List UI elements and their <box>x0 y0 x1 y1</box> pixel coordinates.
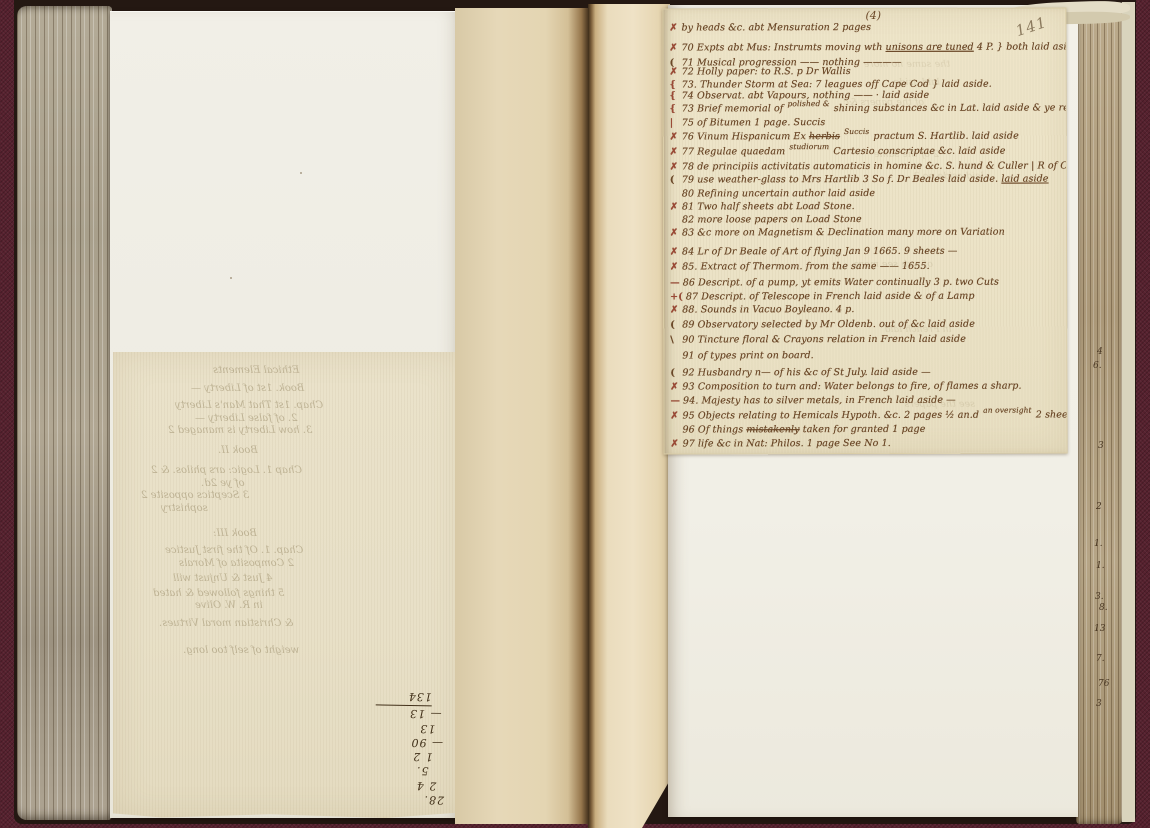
gutter-guard-left <box>455 8 588 824</box>
rotated-sum-column: 28.2 45.1 2— 9013— 13134 <box>374 685 446 806</box>
manuscript-line: ✗95 Objects relating to Hemicals Hypoth.… <box>670 409 1067 421</box>
show-through-line: & Christian moral Virtues. <box>159 618 293 629</box>
manuscript-line: |75 of Bitumen 1 page. Succis <box>670 117 826 128</box>
manuscript-line: {73. Thunder Storm at Sea: 7 leagues off… <box>670 79 992 91</box>
manuscript-line: ✗83 &c more on Magnetism & Declination m… <box>670 227 1005 239</box>
show-through-line: the same no more <box>864 59 951 70</box>
manuscript-line: ✗by heads &c. abt Mensuration 2 pages <box>669 22 871 34</box>
show-through-line: of wch see more <box>854 259 933 270</box>
manuscript-line: ✗84 Lr of Dr Beale of Art of flying Jan … <box>670 246 957 258</box>
manuscript-line: ✗97 life &c in Nat: Philos. 1 page See N… <box>671 438 891 450</box>
folio-number: 141 <box>1013 13 1049 40</box>
margin-mark: ✗ <box>670 131 679 142</box>
manuscript-line: 82 more loose papers on Load Stone <box>670 214 862 226</box>
manuscript-line: ✗76 Vinum Hispanicum Ex herbis Succis pr… <box>670 131 1019 143</box>
page-number-header: (4) <box>865 9 881 22</box>
fore-edge-number: 2 <box>1096 502 1102 512</box>
fore-edge-number: 4 <box>1097 347 1103 357</box>
show-through-line: 5 things followed & hated <box>153 588 284 599</box>
fore-edge-number: 3 <box>1096 699 1102 709</box>
show-through-line: 2. of false Liberty — <box>195 413 298 424</box>
manuscript-line: +(87 Descript. of Telescope in French la… <box>670 291 974 303</box>
manuscript-index-leaf: (4) 141 ✗by heads &c. abt Mensuration 2 … <box>662 7 1067 454</box>
show-through-line: in French laid <box>884 324 951 335</box>
manuscript-line: (92 Husbandry n— of his &c of St July. l… <box>670 367 930 379</box>
show-through-line: of ye 2d. <box>201 478 245 489</box>
manuscript-line: \90 Tincture floral & Crayons relation i… <box>670 334 966 346</box>
paper-speck <box>230 277 232 279</box>
show-through-line: Book. 1st of Liberty — <box>191 383 304 394</box>
left-inserted-leaf: Ethical ElementsBook. 1st of Liberty —Ch… <box>113 352 462 818</box>
margin-mark: ✗ <box>671 438 680 449</box>
show-through-line: weight of self too long. <box>183 645 299 656</box>
sum-column-number: 13 <box>375 720 435 735</box>
show-through-line: 2 Composita of Morals <box>179 558 294 569</box>
show-through-line: laid aside no 2 <box>914 171 984 182</box>
show-through-line: of the papers &c <box>844 97 925 108</box>
manuscript-line: ✗70 Expts abt Mus: Instrumts moving wth … <box>670 41 1068 53</box>
show-through-line: laid aside <box>894 77 940 88</box>
sum-column-number: 1 2 <box>375 748 433 763</box>
show-through-line: sophistry <box>161 503 208 514</box>
margin-mark: ✗ <box>670 146 679 157</box>
margin-mark: ✗ <box>670 161 679 172</box>
margin-mark: ✗ <box>670 410 679 421</box>
margin-mark: \ <box>670 334 679 345</box>
manuscript-line: ✗88. Sounds in Vacuo Boyleano. 4 p. <box>670 304 854 315</box>
sum-column-number: 28. <box>374 791 444 807</box>
fore-edge-number: 3. <box>1095 592 1104 602</box>
show-through-line: Book II. <box>218 445 258 456</box>
fore-edge-number: 8. <box>1099 603 1108 613</box>
margin-mark: ✗ <box>670 66 679 77</box>
margin-mark: — <box>670 395 680 406</box>
margin-mark: { <box>670 90 679 101</box>
sum-column-number: — 90 <box>375 734 443 749</box>
margin-mark: | <box>670 117 679 128</box>
manuscript-book-photo: Ethical ElementsBook. 1st of Liberty —Ch… <box>0 0 1150 828</box>
margin-mark: ✗ <box>670 304 679 315</box>
show-through-line: Book III: <box>213 528 257 539</box>
margin-mark: ( <box>670 319 679 330</box>
sum-column-number: 134 <box>376 688 432 706</box>
fore-edge-number: 13 <box>1094 624 1105 634</box>
margin-mark: ( <box>670 174 679 185</box>
margin-mark: ✗ <box>670 246 679 257</box>
margin-mark: ✗ <box>670 261 679 272</box>
show-through-line: 3 Sceptics opposite 2 <box>141 490 249 501</box>
sum-column-number: 5. <box>374 762 428 777</box>
show-through-line: Chap. 1st That Man's Liberty <box>175 400 323 411</box>
fore-edge-number: 76 <box>1098 679 1109 689</box>
fore-edge-number: 1. <box>1096 561 1105 571</box>
show-through-line: 3. how Liberty is managed 2 <box>168 425 312 436</box>
leaf-show-through-block: the same no morelaid asideof the papers … <box>663 8 1065 9</box>
right-flyleaf-edge <box>1122 2 1135 822</box>
sum-column-number: 2 4 <box>374 777 436 792</box>
show-through-line: Chap. 1. Of the first Justice <box>165 545 303 556</box>
gutter-guard-right <box>588 4 670 828</box>
manuscript-line: 96 Of things mistakenly taken for grante… <box>671 424 926 436</box>
manuscript-line: (79 use weather-glass to Mrs Hartlib 3 S… <box>670 174 1049 186</box>
manuscript-line: ✗77 Regulae quaedam studiorum Cartesio c… <box>670 146 1006 158</box>
manuscript-line: 80 Refining uncertain author laid aside <box>670 188 875 200</box>
show-through-line: Chap 1. Logic: ars philos. & 2 <box>151 465 302 476</box>
margin-mark: — <box>670 277 680 288</box>
show-through-line: 2 of the same <box>874 149 939 160</box>
show-through-line: see the papers <box>904 399 975 410</box>
manuscript-line: —86 Descript. of a pump, yt emits Water … <box>670 277 999 289</box>
manuscript-line: 91 of types print on board. <box>670 350 813 361</box>
fore-edge-number: 3 <box>1098 441 1104 451</box>
paper-speck <box>300 172 302 174</box>
manuscript-line: ✗93 Composition to turn and: Water belon… <box>670 381 1021 393</box>
show-through-line: Ethical Elements <box>213 365 299 376</box>
manuscript-line: ✗78 de principiis activitatis automatici… <box>670 160 1068 172</box>
sum-column-number: — 13 <box>375 705 441 720</box>
margin-mark: { <box>670 79 679 90</box>
fore-edge-number: 7. <box>1096 654 1105 664</box>
margin-mark: { <box>670 103 679 114</box>
margin-mark: ( <box>670 367 679 378</box>
left-page-edge-stack <box>17 6 112 820</box>
margin-mark: ✗ <box>670 227 679 238</box>
margin-mark: ✗ <box>669 22 678 33</box>
fore-edge-number: 6. <box>1093 361 1102 371</box>
manuscript-entries: ✗by heads &c. abt Mensuration 2 pages✗70… <box>663 8 1065 9</box>
margin-mark: +( <box>670 291 683 302</box>
manuscript-line: ✗81 Two half sheets abt Load Stone. <box>670 201 855 212</box>
show-through-line: in R. W. Olive <box>195 600 263 611</box>
margin-mark: ✗ <box>670 201 679 212</box>
manuscript-line: ✗72 Holly paper: to R.S. p Dr Wallis <box>670 66 851 77</box>
margin-mark: ✗ <box>670 381 679 392</box>
show-through-line: 4 Just & Unjust will <box>173 573 272 584</box>
margin-mark: ✗ <box>670 42 679 53</box>
fore-edge-number: 1. <box>1094 539 1103 549</box>
